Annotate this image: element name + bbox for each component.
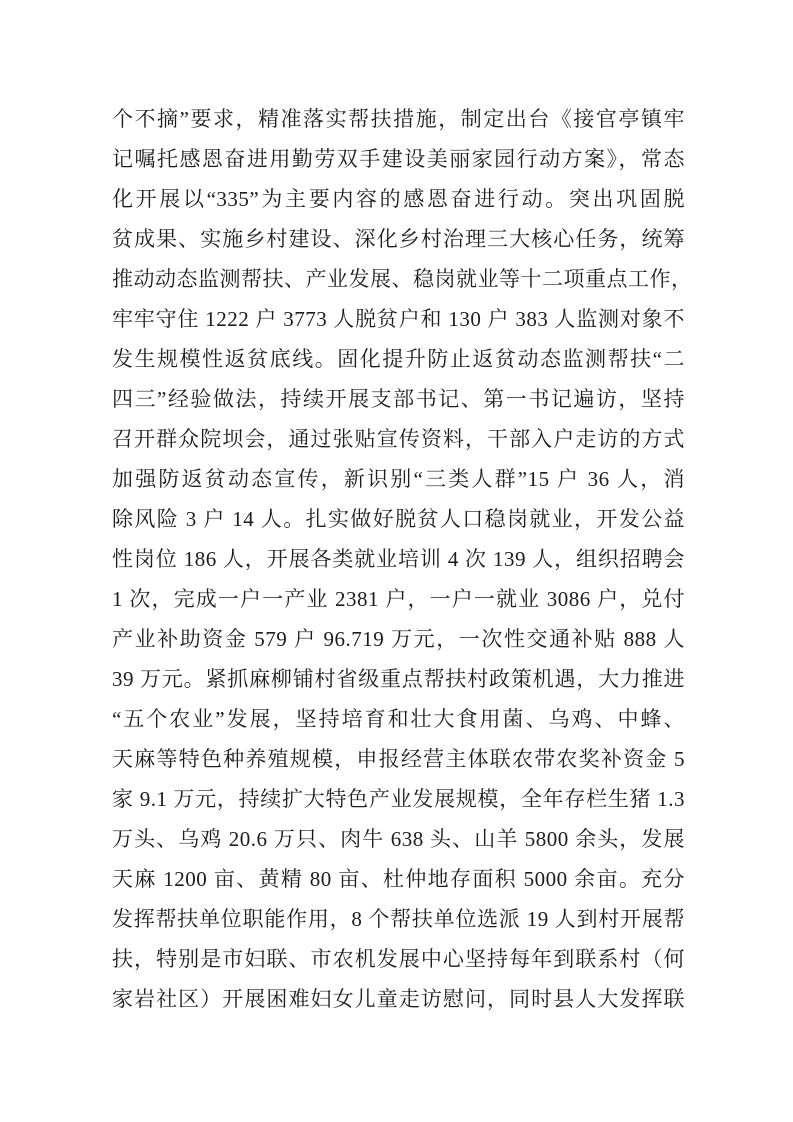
text-line: 四三”经验做法，持续开展支部书记、第一书记遍访，坚持 (112, 379, 685, 419)
text-line: 39 万元。紧抓麻柳铺村省级重点帮扶村政策机遇，大力推进 (112, 659, 685, 699)
text-line: 万头、乌鸡 20.6 万只、肉牛 638 头、山羊 5800 余头，发展 (112, 819, 685, 859)
text-line: 个不摘”要求，精准落实帮扶措施，制定出台《接官亭镇牢 (112, 99, 685, 139)
text-line: 产业补助资金 579 户 96.719 万元，一次性交通补贴 888 人 (112, 619, 685, 659)
text-line: 推动动态监测帮扶、产业发展、稳岗就业等十二项重点工作， (112, 259, 685, 299)
document-page: 个不摘”要求，精准落实帮扶措施，制定出台《接官亭镇牢 记嘱托感恩奋进用勤劳双手建… (0, 0, 793, 1122)
body-text: 个不摘”要求，精准落实帮扶措施，制定出台《接官亭镇牢 记嘱托感恩奋进用勤劳双手建… (112, 99, 685, 1019)
text-line: 性岗位 186 人，开展各类就业培训 4 次 139 人，组织招聘会 (112, 539, 685, 579)
text-line: 家 9.1 万元，持续扩大特色产业发展规模，全年存栏生猪 1.3 (112, 779, 685, 819)
text-line: 加强防返贫动态宣传，新识别“三类人群”15 户 36 人，消 (112, 459, 685, 499)
text-line: 牢牢守住 1222 户 3773 人脱贫户和 130 户 383 人监测对象不 (112, 299, 685, 339)
text-line: 除风险 3 户 14 人。扎实做好脱贫人口稳岗就业，开发公益 (112, 499, 685, 539)
text-line: 召开群众院坝会，通过张贴宣传资料，干部入户走访的方式 (112, 419, 685, 459)
text-line: 发挥帮扶单位职能作用，8 个帮扶单位选派 19 人到村开展帮 (112, 899, 685, 939)
text-line: 天麻等特色种养殖规模，申报经营主体联农带农奖补资金 5 (112, 739, 685, 779)
text-line: “五个农业”发展，坚持培育和壮大食用菌、乌鸡、中蜂、 (112, 699, 685, 739)
text-line: 化开展以“335”为主要内容的感恩奋进行动。突出巩固脱 (112, 179, 685, 219)
text-line: 家岩社区）开展困难妇女儿童走访慰问，同时县人大发挥联 (112, 979, 685, 1019)
text-line: 扶，特别是市妇联、市农机发展中心坚持每年到联系村（何 (112, 939, 685, 979)
text-line: 记嘱托感恩奋进用勤劳双手建设美丽家园行动方案》，常态 (112, 139, 685, 179)
text-line: 发生规模性返贫底线。固化提升防止返贫动态监测帮扶“二 (112, 339, 685, 379)
text-line: 天麻 1200 亩、黄精 80 亩、杜仲地存面积 5000 余亩。充分 (112, 859, 685, 899)
text-line: 1 次，完成一户一产业 2381 户，一户一就业 3086 户，兑付 (112, 579, 685, 619)
text-line: 贫成果、实施乡村建设、深化乡村治理三大核心任务，统筹 (112, 219, 685, 259)
